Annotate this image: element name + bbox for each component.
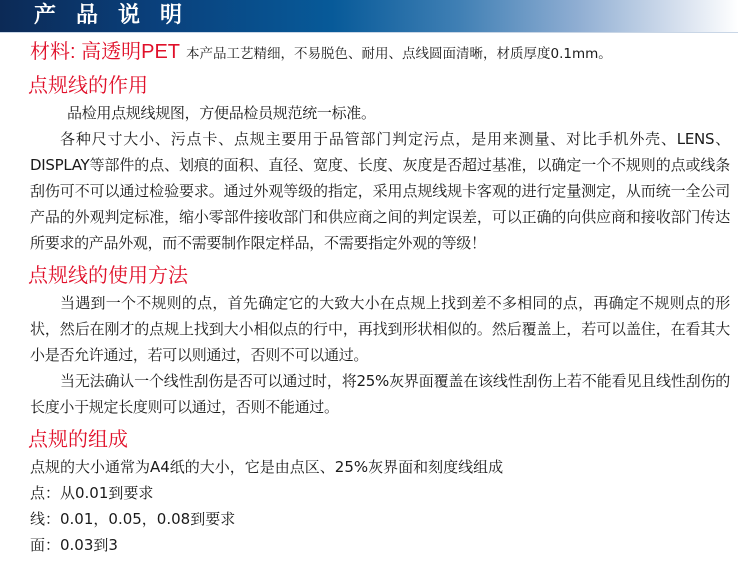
section-heading-usage: 点规线的使用方法 [28, 260, 730, 290]
material-row: 材料: 高透明PET本产品工艺精细，不易脱色、耐用、点线圆面清晰，材质厚度0.1… [30, 38, 730, 66]
material-label: 材料: 高透明PET [30, 41, 180, 63]
composition-line-area: 面：0.03到3 [30, 532, 730, 558]
composition-line-line: 线：0.01，0.05，0.08到要求 [30, 506, 730, 532]
page-title: 产品说明 [34, 2, 202, 30]
material-description: 本产品工艺精细，不易脱色、耐用、点线圆面清晰，材质厚度0.1mm。 [186, 46, 612, 62]
usage-paragraph-1: 当遇到一个不规则的点，首先确定它的大致大小在点规上找到差不多相同的点，再确定不规… [30, 290, 730, 368]
purpose-paragraph-1: 品检用点规线规图，方便品检员规范统一标准。 [30, 100, 730, 126]
section-heading-purpose: 点规线的作用 [28, 70, 730, 100]
usage-paragraph-2: 当无法确认一个线性刮伤是否可以通过时，将25%灰界面覆盖在该线性刮伤上若不能看见… [30, 368, 730, 420]
section-heading-composition: 点规的组成 [28, 424, 730, 454]
header-banner: 产品说明 [0, 0, 738, 33]
product-description: 材料: 高透明PET本产品工艺精细，不易脱色、耐用、点线圆面清晰，材质厚度0.1… [30, 38, 730, 558]
composition-line-dot: 点：从0.01到要求 [30, 480, 730, 506]
composition-line-size: 点规的大小通常为A4纸的大小，它是由点区、25%灰界面和刻度线组成 [30, 454, 730, 480]
purpose-paragraph-2: 各种尺寸大小、污点卡、点规主要用于品管部门判定污点，是用来测量、对比手机外壳、L… [30, 126, 730, 256]
